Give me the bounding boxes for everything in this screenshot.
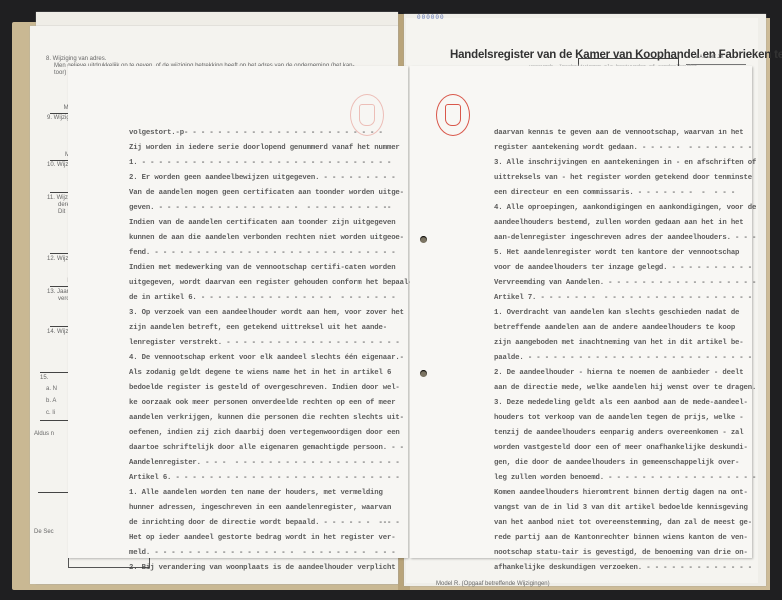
typed-line: 3. Alle inschrijvingen en aantekeningen …: [494, 156, 756, 171]
typed-line: lenregister verstrekt. - - - - - - - - -…: [129, 336, 412, 351]
typed-line: daartoe schriftelijk door alle eigenaren…: [129, 441, 412, 456]
typed-line: gen, die door de aandeelhouders in gemee…: [494, 456, 756, 471]
typed-line: van het aanbod niet tot overeenstemming,…: [494, 516, 756, 531]
typed-line: aandeelhouders bestemd, zullen worden ge…: [494, 216, 756, 231]
typed-line: 5. Het aandelenregister wordt ten kantor…: [494, 246, 756, 261]
typed-line: uitgegeven, wordt daarvan een register g…: [129, 276, 412, 291]
form-label: b. A: [46, 398, 56, 405]
typed-line: Artikel 7. - - - - - - - - - - - - - - -…: [494, 291, 756, 306]
typed-line: uittreksels van - het register worden ge…: [494, 171, 756, 186]
form-label: 10. Wijzi: [47, 162, 70, 169]
typed-line: 3. Op verzoek van een aandeelhouder word…: [129, 306, 412, 321]
typed-line: Het op ieder aandeel gestorte bedrag wor…: [129, 531, 412, 546]
typed-line: rede partij aan de Kantonrechter binnen …: [494, 531, 756, 546]
form-footer: Model R. (Opgaaf betreffende Wijzigingen…: [436, 581, 550, 587]
typed-line: 1. Overdracht van aandelen kan slechts g…: [494, 306, 756, 321]
form-rule: [578, 58, 678, 59]
typed-line: 2. Er worden geen aandeelbewijzen uitgeg…: [129, 171, 412, 186]
typed-line: Als zodanig geldt degene te wiens name h…: [129, 366, 412, 381]
left-page-text: volgestort.-p- - - - - - - - - - - - - -…: [129, 126, 412, 576]
typed-line: Zij worden in iedere serie doorlopend ge…: [129, 141, 412, 156]
punch-hole-icon: [420, 236, 427, 243]
typed-line: leg zullen worden benoemd. - - - - - - -…: [494, 471, 756, 486]
typed-line: tenzij de aandeelhouders eenparig anders…: [494, 426, 756, 441]
typed-line: Vervreemding van Aandelen. - - - - - - -…: [494, 276, 756, 291]
punch-hole-icon: [420, 370, 427, 377]
form-label: 11. Wijzi: [47, 195, 69, 202]
typed-line: bedoelde register is gesteld of overgesc…: [129, 381, 412, 396]
typed-line: Komen aandeelhouders hieromtrent binnen …: [494, 486, 756, 501]
typed-line: een directeur en een commissaris. - - - …: [494, 186, 756, 201]
typed-line: Indien van de aandelen certificaten aan …: [129, 216, 412, 231]
typed-line: 1. Alle aandelen worden ten name der hou…: [129, 486, 412, 501]
typed-line: 2. De aandeelhouder - hierna te noemen d…: [494, 366, 756, 381]
typed-line: aan de directie mede, welke aandelen hij…: [494, 381, 756, 396]
typed-line: de in artikel 6. - - - - - - - - - - - -…: [129, 291, 412, 306]
typed-line: hunner adressen, ingeschreven in een aan…: [129, 501, 412, 516]
typed-line: afhankelijke deskundigen verzoeken. - - …: [494, 561, 756, 576]
typed-line: ke oorzaak ook meer personen onverdeelde…: [129, 396, 412, 411]
typed-line: 1. - - - - - - - - - - - - - - - - - - -…: [129, 156, 412, 171]
form-label: a. N: [46, 386, 57, 393]
typed-line: nootschap statu-tair is gevestigd, de be…: [494, 546, 756, 561]
form-label: Aldus n: [34, 431, 54, 438]
form-label: De Sec: [34, 529, 54, 536]
typed-line: houders tot verkoop van de aandelen tege…: [494, 411, 756, 426]
form-label: 13. Jaar: [47, 289, 69, 296]
typed-line: geven. - - - - - - - - - - - - - - - - -…: [129, 201, 412, 216]
typed-line: meld. - - - - - - - - - - - - - - - - - …: [129, 546, 412, 561]
typed-line: voor de aandeelhouders ter inzage gelegd…: [494, 261, 756, 276]
register-place: WAALWIJK: [696, 54, 724, 60]
right-page: daarvan kennis te geven aan de vennootsc…: [410, 66, 752, 558]
typed-line: Indien met medewerking van de vennootsch…: [129, 261, 412, 276]
typed-line: kunnen de aan die aandelen verbonden rec…: [129, 231, 412, 246]
form-label: 14. Wijzi: [47, 329, 70, 336]
typed-line: zijn aandelen betreft, een getekend uitt…: [129, 321, 412, 336]
typed-line: zijn aangeboden met inachtneming van het…: [494, 336, 756, 351]
form-label: Dit: [58, 209, 65, 216]
blue-stamp: 000000: [417, 14, 445, 21]
form-label: 12. Wijzi: [47, 256, 70, 263]
form-label: 15.: [40, 375, 48, 382]
typed-line: fend. - - - - - - - - - - - - - - - - - …: [129, 246, 412, 261]
register-header-title: Handelsregister van de Kamer van Koophan…: [450, 49, 782, 61]
typed-line: Artikel 6. - - - - - - - - - - - - - - -…: [129, 471, 412, 486]
typed-line: Van de aandelen mogen geen certificaten …: [129, 186, 412, 201]
typed-line: 4. De vennootschap erkent voor elk aande…: [129, 351, 412, 366]
typed-line: 4. Alle oproepingen, aankondigingen en a…: [494, 201, 756, 216]
typed-line: 2. Bij verandering van woonplaats is de …: [129, 561, 412, 576]
form-label: c. li: [46, 410, 55, 417]
typed-line: daarvan kennis te geven aan de vennootsc…: [494, 126, 756, 141]
typed-line: register aantekening wordt gedaan. - - -…: [494, 141, 756, 156]
typed-line: aandelen verkrijgen, kunnen die personen…: [129, 411, 412, 426]
typed-line: oefenen, indien zij zich daarbij doen ve…: [129, 426, 412, 441]
form-label: 9. Wijzig: [47, 115, 70, 122]
left-page: volgestort.-p- - - - - - - - - - - - - -…: [68, 66, 408, 558]
typed-line: Aandelenregister. - - - - - - - - - - - …: [129, 456, 412, 471]
typed-line: de inrichting door de directie wordt bep…: [129, 516, 412, 531]
typed-line: paalde. - - - - - - - - - - - - - - - - …: [494, 351, 756, 366]
typed-line: volgestort.-p- - - - - - - - - - - - - -…: [129, 126, 412, 141]
typed-line: betreffende aandelen aan de andere aande…: [494, 321, 756, 336]
coat-of-arms-seal-icon: [436, 94, 470, 136]
typed-line: aan-delenregister ingeschreven adres der…: [494, 231, 756, 246]
typed-line: worden vastgesteld door een of meer onaf…: [494, 441, 756, 456]
typed-line: 3. Deze mededeling geldt als een aanbod …: [494, 396, 756, 411]
right-page-text: daarvan kennis te geven aan de vennootsc…: [494, 126, 756, 576]
typed-line: vangst van de in lid 3 van dit artikel b…: [494, 501, 756, 516]
